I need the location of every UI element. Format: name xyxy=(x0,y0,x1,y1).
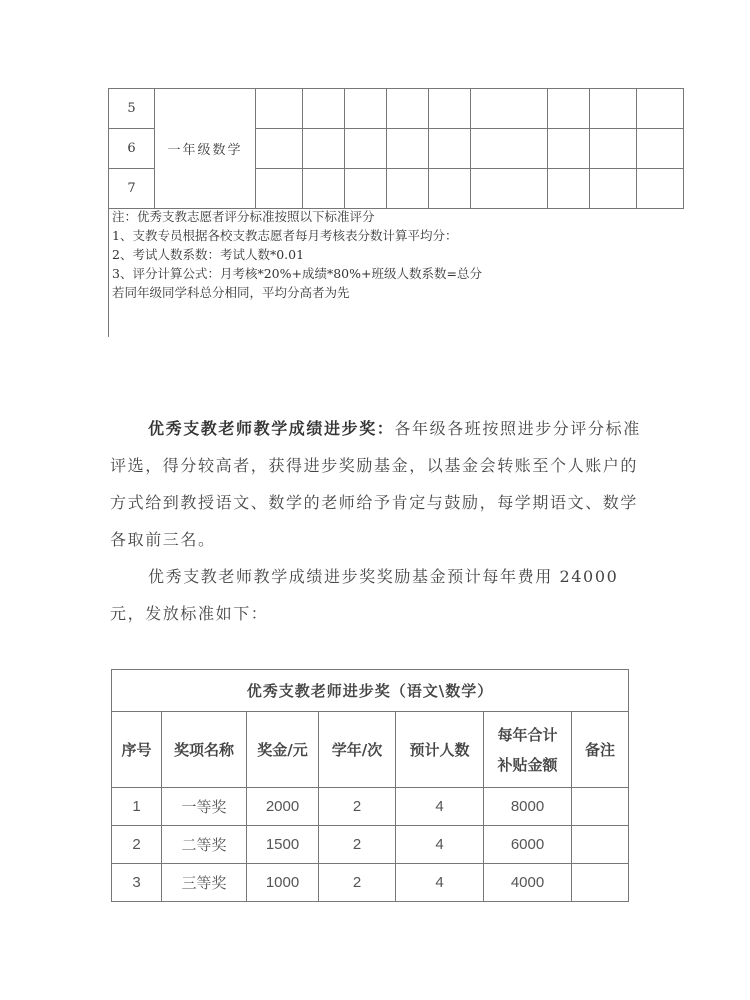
cell-remark xyxy=(572,788,629,826)
cell-times: 2 xyxy=(319,864,396,902)
empty-cell xyxy=(637,89,684,129)
table-row: 5 一年级数学 xyxy=(109,89,684,129)
cell-times: 2 xyxy=(319,788,396,826)
table-row: 3 三等奖 1000 2 4 4000 xyxy=(112,864,629,902)
cell-times: 2 xyxy=(319,826,396,864)
cell-amount: 1000 xyxy=(247,864,319,902)
row-number: 5 xyxy=(109,89,155,129)
cell-total: 8000 xyxy=(484,788,572,826)
grade-subject-cell: 一年级数学 xyxy=(155,89,256,209)
empty-cell xyxy=(429,89,471,129)
cell-no: 3 xyxy=(112,864,162,902)
header-line: 补贴金额 xyxy=(484,750,571,780)
row-number: 6 xyxy=(109,129,155,169)
cell-name: 一等奖 xyxy=(162,788,247,826)
empty-cell xyxy=(548,169,590,209)
cell-total: 4000 xyxy=(484,864,572,902)
empty-cell xyxy=(303,129,345,169)
award-body: 各年级各班按照进步分评分标准评选，得分较高者，获得进步奖励基金，以基金会转账至个… xyxy=(110,419,641,549)
empty-cell xyxy=(429,129,471,169)
award-description: 优秀支教老师教学成绩进步奖：各年级各班按照进步分评分标准评选，得分较高者，获得进… xyxy=(110,410,650,558)
empty-cell xyxy=(637,129,684,169)
cell-amount: 1500 xyxy=(247,826,319,864)
cell-no: 1 xyxy=(112,788,162,826)
cell-remark xyxy=(572,826,629,864)
empty-cell xyxy=(256,169,303,209)
cell-count: 4 xyxy=(396,864,484,902)
cell-remark xyxy=(572,864,629,902)
table-row: 2 二等奖 1500 2 4 6000 xyxy=(112,826,629,864)
table-title-row: 优秀支教老师进步奖（语文\数学） xyxy=(112,670,629,712)
empty-cell xyxy=(345,129,387,169)
table-row: 1 一等奖 2000 2 4 8000 xyxy=(112,788,629,826)
header-cell: 每年合计补贴金额 xyxy=(484,712,572,788)
note-line: 2、考试人数系数：考试人数*0.01 xyxy=(112,245,683,264)
note-line: 1、支教专员根据各校支教志愿者每月考核表分数计算平均分： xyxy=(112,226,683,245)
empty-cell xyxy=(471,129,548,169)
empty-cell xyxy=(303,169,345,209)
note-line: 注：优秀支教志愿者评分标准按照以下标准评分 xyxy=(112,207,683,226)
cell-no: 2 xyxy=(112,826,162,864)
empty-cell xyxy=(429,169,471,209)
header-line: 每年合计 xyxy=(484,720,571,750)
empty-cell xyxy=(590,129,637,169)
cell-total: 6000 xyxy=(484,826,572,864)
empty-cell xyxy=(548,129,590,169)
cell-count: 4 xyxy=(396,826,484,864)
empty-cell xyxy=(303,89,345,129)
budget-paragraph: 优秀支教老师教学成绩进步奖奖励基金预计每年费用 24000 元，发放标准如下： xyxy=(110,558,650,632)
header-cell: 序号 xyxy=(112,712,162,788)
cell-amount: 2000 xyxy=(247,788,319,826)
empty-cell xyxy=(256,89,303,129)
empty-cell xyxy=(590,89,637,129)
empty-cell xyxy=(345,169,387,209)
note-line: 3、评分计算公式：月考核*20%+成绩*80%+班级人数系数=总分 xyxy=(112,264,683,283)
cell-count: 4 xyxy=(396,788,484,826)
empty-cell xyxy=(548,89,590,129)
header-cell: 备注 xyxy=(572,712,629,788)
header-cell: 奖项名称 xyxy=(162,712,247,788)
empty-cell xyxy=(345,89,387,129)
prize-table: 优秀支教老师进步奖（语文\数学） 序号 奖项名称 奖金/元 学年/次 预计人数 … xyxy=(111,669,629,902)
empty-cell xyxy=(256,129,303,169)
table-title: 优秀支教老师进步奖（语文\数学） xyxy=(112,670,629,712)
header-cell: 奖金/元 xyxy=(247,712,319,788)
header-cell: 学年/次 xyxy=(319,712,396,788)
empty-cell xyxy=(590,169,637,209)
empty-cell xyxy=(471,169,548,209)
header-cell: 预计人数 xyxy=(396,712,484,788)
scoring-table-fragment: 5 一年级数学 6 7 xyxy=(108,88,684,209)
cell-name: 三等奖 xyxy=(162,864,247,902)
note-line: 若同年级同学科总分相同，平均分高者为先 xyxy=(112,283,683,302)
award-heading: 优秀支教老师教学成绩进步奖： xyxy=(148,419,394,438)
empty-cell xyxy=(637,169,684,209)
table-header-row: 序号 奖项名称 奖金/元 学年/次 预计人数 每年合计补贴金额 备注 xyxy=(112,712,629,788)
scoring-notes: 注：优秀支教志愿者评分标准按照以下标准评分 1、支教专员根据各校支教志愿者每月考… xyxy=(108,207,683,337)
empty-cell xyxy=(387,169,429,209)
empty-cell xyxy=(471,89,548,129)
empty-cell xyxy=(387,129,429,169)
cell-name: 二等奖 xyxy=(162,826,247,864)
empty-cell xyxy=(387,89,429,129)
row-number: 7 xyxy=(109,169,155,209)
